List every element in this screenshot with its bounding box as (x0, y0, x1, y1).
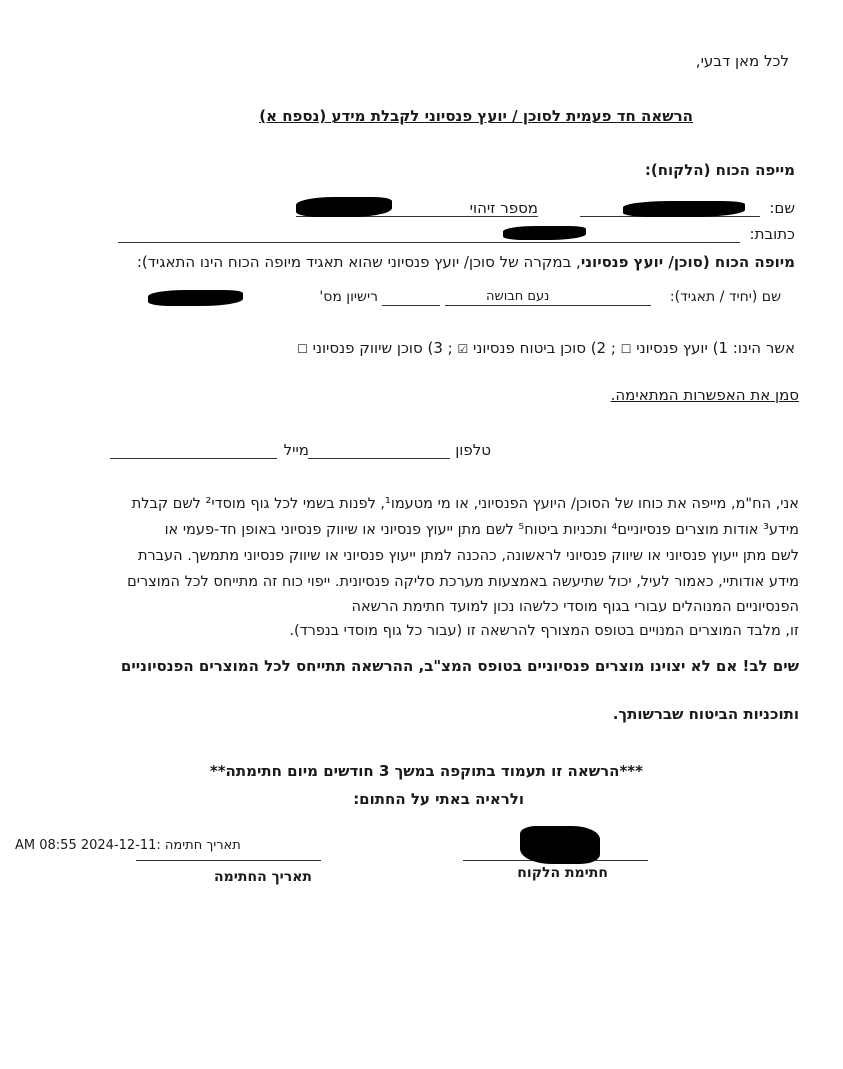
greeting: לכל מאן דבעי, (696, 52, 789, 70)
signature-date-label: תאריך החתימה (214, 869, 312, 885)
signature-date-line (136, 860, 321, 861)
redacted-address (503, 226, 586, 240)
agent-license-label: רישיון מס' (319, 289, 378, 305)
redacted-signature (520, 826, 600, 864)
client-name-label: שם: (769, 199, 795, 217)
agent-name-label: שם (יחיד / תאגיד): (670, 289, 781, 305)
client-address-label: כתובת: (750, 225, 795, 243)
notice-line1: שים לב! אם לא יצוינו מוצרים פנסיוניים בט… (121, 657, 799, 675)
notice-line2: ותוכניות הביטוח שברשותך. (613, 705, 799, 723)
validity-line2: ולראיה באתי על החתום: (353, 790, 524, 808)
client-heading: מייפה הכוח (הלקוח): (645, 161, 795, 179)
agent-heading-rest: , במקרה של סוכן/ יועץ פנסיוני שהוא תאגיד… (137, 253, 581, 271)
body-line: מידע אודותיי, כאמור לעיל, יכול שתיעשה בא… (39, 569, 799, 595)
redacted-name (623, 201, 745, 217)
body-line: הפנסיוניים המנוהלים עבורי בגוף מוסדי כלש… (39, 595, 799, 619)
phone-field[interactable] (308, 458, 450, 459)
email-field[interactable] (110, 458, 277, 459)
email-label: מייל (284, 441, 309, 459)
agent-name-value: נעם חבושה (486, 289, 549, 304)
body-line: מידע³ אודות מוצרים פנסיוניים⁴ ותכניות בי… (39, 517, 799, 543)
agent-type-row: אשר הינו: 1) יועץ פנסיוני ☐ ; 2) סוכן בי… (297, 339, 795, 357)
checkbox-empty-icon[interactable]: ☐ (297, 342, 308, 356)
redacted-license (148, 290, 243, 306)
agent-license-field[interactable] (382, 305, 440, 306)
agent-name-field[interactable] (445, 305, 651, 306)
client-signature-label: חתימת הלקוח (517, 865, 608, 881)
page-title: הרשאה חד פעמית לסוכן / יועץ פנסיוני לקבל… (259, 107, 693, 125)
option-advisor[interactable]: 1) יועץ פנסיוני ☐ (621, 339, 728, 357)
agent-heading-bold: מיופה הכוח (סוכן/ יועץ פנסיוני (581, 253, 795, 271)
agent-type-prefix: אשר הינו: (733, 339, 795, 357)
client-address-field[interactable] (118, 242, 740, 243)
client-id-label: מספר זיהוי (470, 199, 538, 217)
body-line: אני, הח"מ, מייפה את כוחו של הסוכן/ היועץ… (39, 491, 799, 517)
validity-line1: ***הרשאה זו תעמוד בתוקפה במשך 3 חודשים מ… (210, 762, 643, 780)
option-marketing-agent[interactable]: 3) סוכן שיווק פנסיוני ☐ (297, 339, 443, 357)
body-line: לשם מתן ייעוץ פנסיוני או שיווק פנסיוני ל… (39, 543, 799, 569)
mark-instruction: סמן את האפשרות המתאימה. (611, 386, 799, 404)
checkbox-empty-icon[interactable]: ☐ (621, 342, 632, 356)
agent-heading: מיופה הכוח (סוכן/ יועץ פנסיוני, במקרה של… (137, 253, 795, 271)
redacted-id (296, 197, 392, 217)
body-paragraph: אני, הח"מ, מייפה את כוחו של הסוכן/ היועץ… (39, 491, 799, 643)
signature-date-printed: תאריך חתימה :2024-12-11 08:55 AM (15, 838, 241, 853)
phone-label: טלפון (455, 441, 491, 459)
body-line: זו, מלבד המוצרים המנויים בטופס המצורף לה… (39, 619, 799, 643)
checkbox-checked-icon[interactable]: ☑ (457, 342, 468, 356)
option-insurance-agent[interactable]: 2) סוכן ביטוח פנסיוני ☑ (457, 339, 606, 357)
